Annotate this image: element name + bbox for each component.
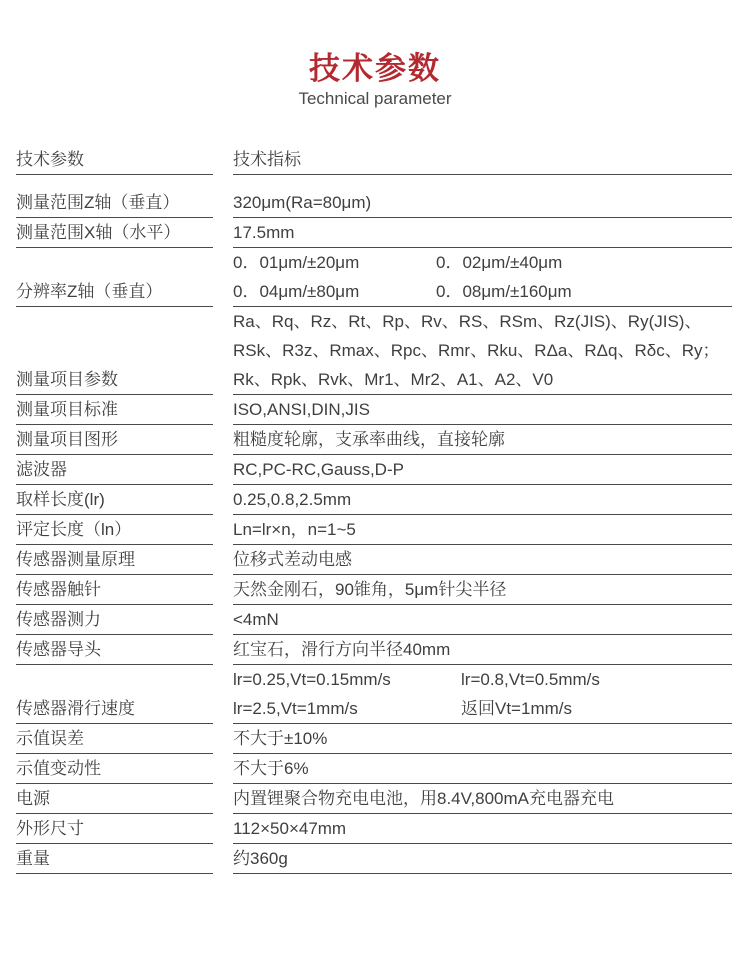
page-subtitle: Technical parameter [0, 89, 750, 109]
spec-label: 测量范围X轴（水平） [16, 218, 213, 248]
speed-options-line-1: lr=0.25,Vt=0.15mm/s lr=0.8,Vt=0.5mm/s [233, 665, 732, 694]
resolution-options-line-2: 0．04μm/±80μm 0．08μm/±160μm [233, 277, 732, 306]
spec-label: 外形尺寸 [16, 814, 213, 844]
spec-value: 内置锂聚合物充电电池，用8.4V,800mA充电器充电 [233, 784, 732, 814]
speed-option: lr=0.8,Vt=0.5mm/s [461, 665, 732, 694]
spec-label: 重量 [16, 844, 213, 874]
page-header: 技术参数 Technical parameter [0, 0, 750, 109]
page-title: 技术参数 [0, 52, 750, 86]
spec-label: 传感器导头 [16, 635, 213, 665]
row-measurement-standards: 测量项目标准 ISO,ANSI,DIN,JIS [16, 395, 732, 425]
row-sensor-traverse-speed: 传感器滑行速度 lr=0.25,Vt=0.15mm/s lr=0.8,Vt=0.… [16, 665, 732, 724]
spec-value: <4mN [233, 605, 732, 635]
speed-option: lr=0.25,Vt=0.15mm/s [233, 665, 461, 694]
resolution-option: 0．04μm/±80μm [233, 277, 436, 306]
row-dimensions: 外形尺寸 112×50×47mm [16, 814, 732, 844]
spec-value: 0．01μm/±20μm 0．02μm/±40μm 0．04μm/±80μm 0… [233, 248, 732, 307]
resolution-options-line-1: 0．01μm/±20μm 0．02μm/±40μm [233, 248, 732, 277]
spec-value: 112×50×47mm [233, 814, 732, 844]
row-indication-error: 示值误差 不大于±10% [16, 724, 732, 754]
row-sensor-principle: 传感器测量原理 位移式差动电感 [16, 545, 732, 575]
row-measured-parameters: 测量项目参数 Ra、Rq、Rz、Rt、Rp、Rv、RS、RSm、Rz(JIS)、… [16, 307, 732, 395]
spec-value: Ln=lr×n，n=1~5 [233, 515, 732, 545]
spec-label: 评定长度（ln） [16, 515, 213, 545]
speed-option: 返回Vt=1mm/s [461, 694, 732, 723]
spec-value: lr=0.25,Vt=0.15mm/s lr=0.8,Vt=0.5mm/s lr… [233, 665, 732, 724]
spec-value: 320μm(Ra=80μm) [233, 188, 732, 218]
row-evaluation-length: 评定长度（ln） Ln=lr×n，n=1~5 [16, 515, 732, 545]
row-filter: 滤波器 RC,PC-RC,Gauss,D-P [16, 455, 732, 485]
spec-value: Ra、Rq、Rz、Rt、Rp、Rv、RS、RSm、Rz(JIS)、Ry(JIS)… [233, 307, 732, 395]
row-sampling-length: 取样长度(lr) 0.25,0.8,2.5mm [16, 485, 732, 515]
row-measuring-range-z: 测量范围Z轴（垂直） 320μm(Ra=80μm) [16, 188, 732, 218]
spec-label: 滤波器 [16, 455, 213, 485]
spec-label: 测量范围Z轴（垂直） [16, 188, 213, 218]
row-weight: 重量 约360g [16, 844, 732, 874]
spec-label: 测量项目标准 [16, 395, 213, 425]
table-header-row: 技术参数 技术指标 [16, 145, 732, 175]
spec-label: 传感器滑行速度 [16, 665, 213, 724]
spec-value: 0.25,0.8,2.5mm [233, 485, 732, 515]
speed-option: lr=2.5,Vt=1mm/s [233, 694, 461, 723]
spec-value: 17.5mm [233, 218, 732, 248]
spec-value: 天然金刚石，90锥角，5μm针尖半径 [233, 575, 732, 605]
spec-label: 测量项目参数 [16, 307, 213, 395]
row-measuring-range-x: 测量范围X轴（水平） 17.5mm [16, 218, 732, 248]
resolution-option: 0．08μm/±160μm [436, 277, 732, 306]
spec-value: 不大于±10% [233, 724, 732, 754]
spec-label: 测量项目图形 [16, 425, 213, 455]
spec-value: 粗糙度轮廓，支承率曲线，直接轮廓 [233, 425, 732, 455]
row-sensor-stylus: 传感器触针 天然金刚石，90锥角，5μm针尖半径 [16, 575, 732, 605]
row-sensor-skid: 传感器导头 红宝石，滑行方向半径40mm [16, 635, 732, 665]
spec-value: 红宝石，滑行方向半径40mm [233, 635, 732, 665]
spec-value: 约360g [233, 844, 732, 874]
resolution-option: 0．01μm/±20μm [233, 248, 436, 277]
spec-label: 传感器触针 [16, 575, 213, 605]
spec-label: 示值变动性 [16, 754, 213, 784]
spec-value: ISO,ANSI,DIN,JIS [233, 395, 732, 425]
row-measurement-graphs: 测量项目图形 粗糙度轮廓，支承率曲线，直接轮廓 [16, 425, 732, 455]
spec-value: 位移式差动电感 [233, 545, 732, 575]
row-sensor-force: 传感器测力 <4mN [16, 605, 732, 635]
spec-label: 示值误差 [16, 724, 213, 754]
row-indication-variability: 示值变动性 不大于6% [16, 754, 732, 784]
speed-options-line-2: lr=2.5,Vt=1mm/s 返回Vt=1mm/s [233, 694, 732, 723]
spec-label: 分辨率Z轴（垂直） [16, 248, 213, 307]
spec-label: 传感器测力 [16, 605, 213, 635]
row-power-supply: 电源 内置锂聚合物充电电池，用8.4V,800mA充电器充电 [16, 784, 732, 814]
spec-value: 不大于6% [233, 754, 732, 784]
row-resolution-z: 分辨率Z轴（垂直） 0．01μm/±20μm 0．02μm/±40μm 0．04… [16, 248, 732, 307]
header-label: 技术参数 [16, 145, 213, 175]
spec-label: 传感器测量原理 [16, 545, 213, 575]
header-value: 技术指标 [233, 145, 732, 175]
resolution-option: 0．02μm/±40μm [436, 248, 732, 277]
spec-label: 取样长度(lr) [16, 485, 213, 515]
spec-label: 电源 [16, 784, 213, 814]
spec-value: RC,PC-RC,Gauss,D-P [233, 455, 732, 485]
spec-table: 技术参数 技术指标 测量范围Z轴（垂直） 320μm(Ra=80μm) 测量范围… [16, 145, 732, 874]
